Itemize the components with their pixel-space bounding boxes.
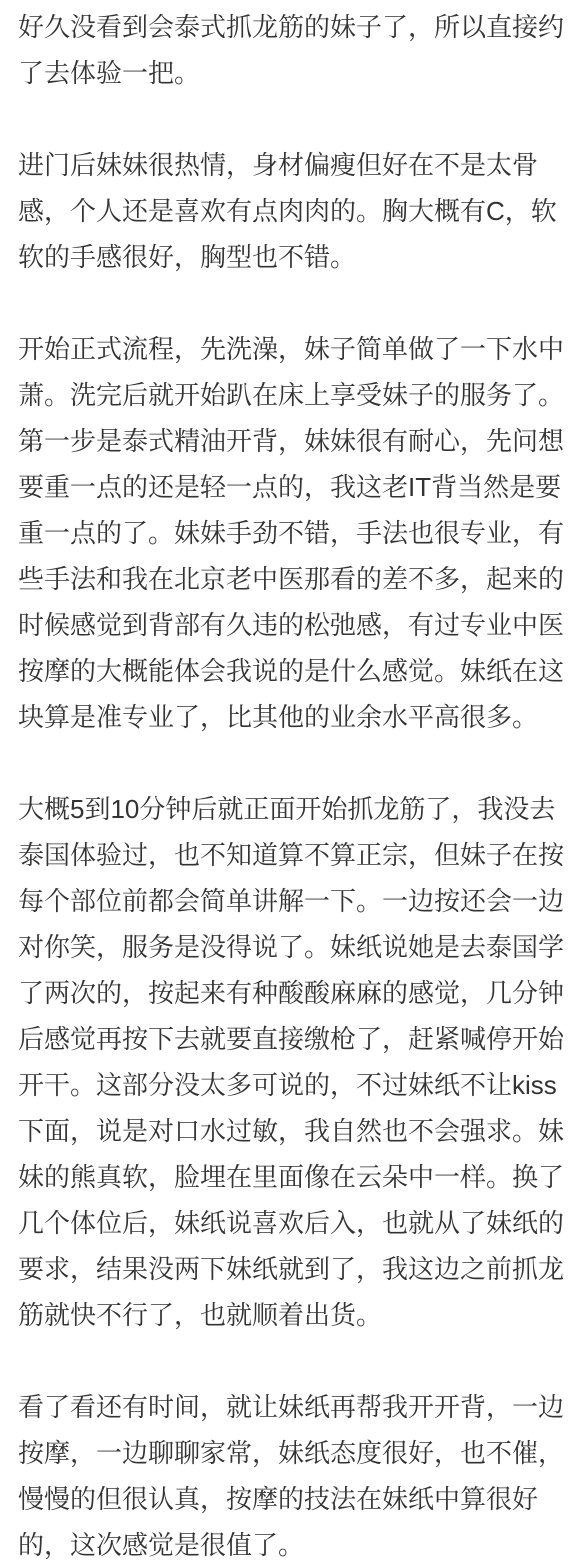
paragraph-massage-process: 开始正式流程，先洗澡，妹子简单做了一下水中萧。洗完后就开始趴在床上享受妹子的服务…: [18, 326, 564, 740]
paragraph-intro: 好久没看到会泰式抓龙筋的妹子了，所以直接约了去体验一把。: [18, 4, 564, 96]
paragraph-main-service: 大概5到10分钟后就正面开始抓龙筋了，我没去泰国体验过，也不知道算不算正宗，但妹…: [18, 786, 564, 1338]
paragraph-conclusion: 看了看还有时间，就让妹纸再帮我开开背，一边按摩，一边聊聊家常，妹纸态度很好，也不…: [18, 1384, 564, 1565]
paragraph-first-impression: 进门后妹妹很热情，身材偏瘦但好在不是太骨感，个人还是喜欢有点肉肉的。胸大概有C，…: [18, 142, 564, 280]
article-body: 好久没看到会泰式抓龙筋的妹子了，所以直接约了去体验一把。 进门后妹妹很热情，身材…: [0, 0, 582, 1565]
